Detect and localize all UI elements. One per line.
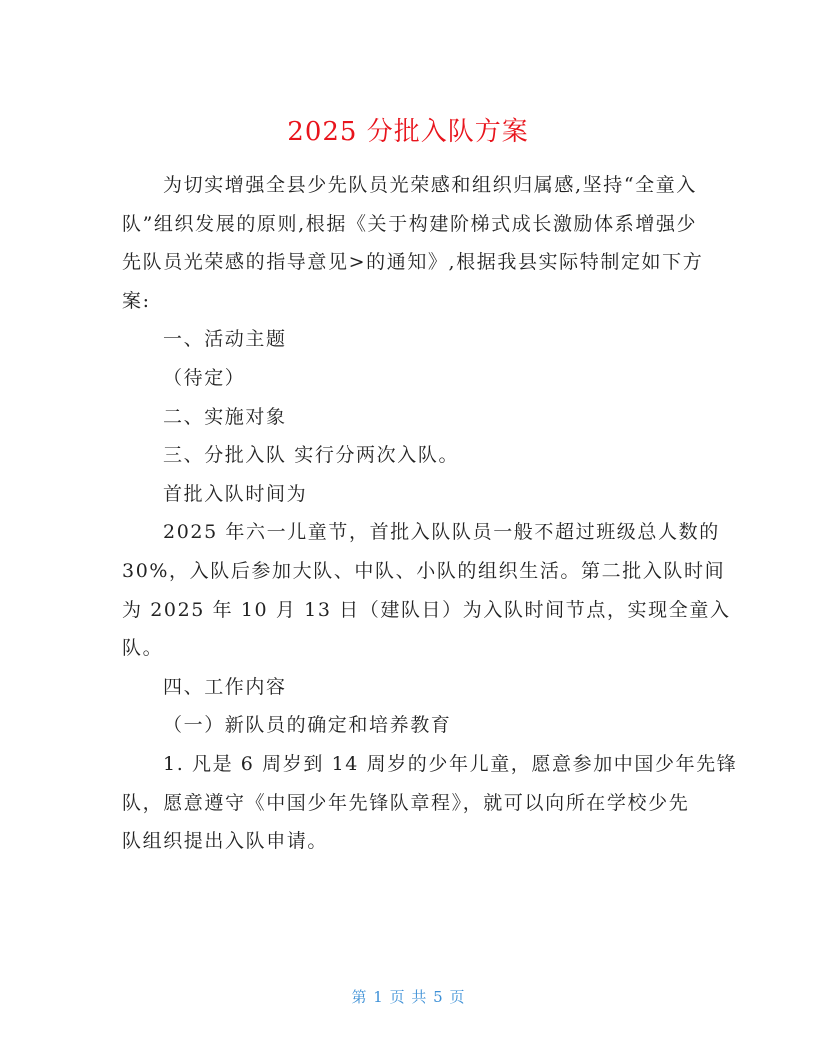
paragraph-intro-line-2: 队”组织发展的原则,根据《关于构建阶梯式成长激励体系增强少 — [122, 205, 690, 244]
paragraph-intro-line-1: 为切实增强全县少先队员光荣感和组织归属感,坚持“全童入 — [122, 166, 690, 205]
paragraph-item-1-line-3: 队组织提出入队申请。 — [122, 822, 690, 861]
paragraph-intro-line-4: 案: — [122, 282, 690, 321]
paragraph-batches-line-3: 为 2025 年 10 月 13 日（建队日）为入队时间节点，实现全童入 — [122, 591, 690, 630]
paragraph-batches-line-4: 队。 — [122, 629, 690, 668]
document-title: 2025 分批入队方案 — [0, 115, 816, 149]
page-indicator: 第 1 页 共 5 页 — [0, 986, 816, 1008]
first-batch-label: 首批入队时间为 — [122, 475, 690, 514]
paragraph-batches-line-1: 2025 年六一儿童节，首批入队队员一般不超过班级总人数的 — [122, 513, 690, 552]
section-heading-theme: 一、活动主题 — [122, 320, 690, 359]
paragraph-batches-line-2: 30%，入队后参加大队、中队、小队的组织生活。第二批入队时间 — [122, 552, 690, 591]
subsection-heading-new-members: （一）新队员的确定和培养教育 — [122, 706, 690, 745]
paragraph-intro-line-3: 先队员光荣感的指导意见>的通知》,根据我县实际特制定如下方 — [122, 243, 690, 282]
paragraph-item-1-line-1: 1. 凡是 6 周岁到 14 周岁的少年儿童，愿意参加中国少年先锋 — [122, 745, 690, 784]
paragraph-item-1-line-2: 队，愿意遵守《中国少年先锋队章程》，就可以向所在学校少先 — [122, 784, 690, 823]
theme-value: （待定） — [122, 359, 690, 398]
section-heading-work: 四、工作内容 — [122, 668, 690, 707]
document-body: 为切实增强全县少先队员光荣感和组织归属感,坚持“全童入 队”组织发展的原则,根据… — [122, 166, 690, 861]
section-heading-batches: 三、分批入队 实行分两次入队。 — [122, 436, 690, 475]
section-heading-target: 二、实施对象 — [122, 398, 690, 437]
document-page: 2025 分批入队方案 为切实增强全县少先队员光荣感和组织归属感,坚持“全童入 … — [0, 0, 816, 1056]
